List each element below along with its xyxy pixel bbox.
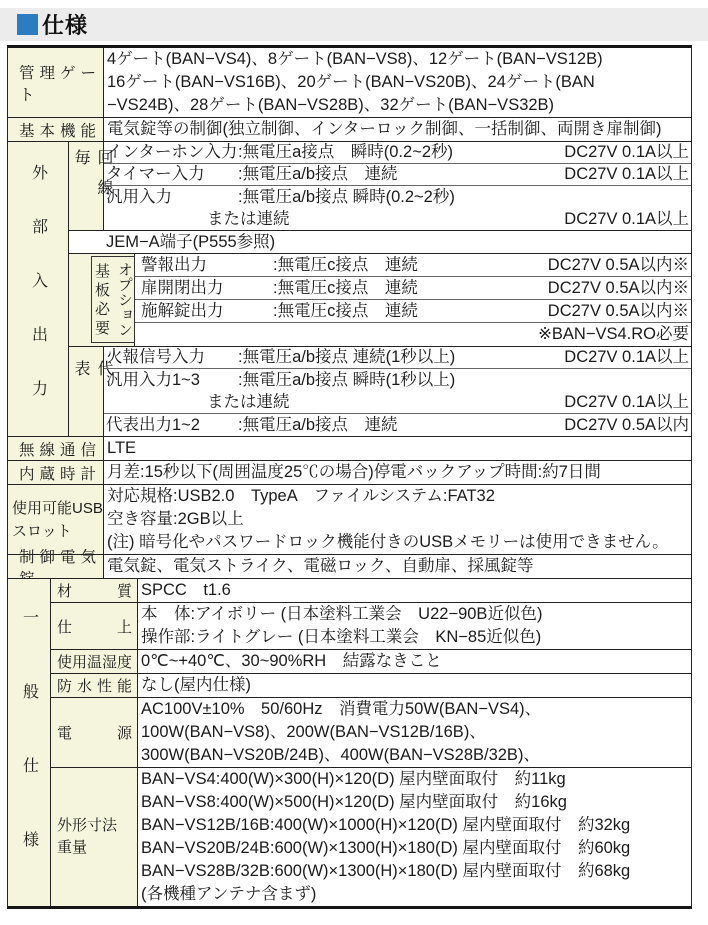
row-temp-humidity: 使用温湿度 0℃~+40℃、30~90%RH 結露なきこと (51, 650, 691, 674)
row-clock: 内蔵時計 月差:15秒以下(周囲温度25℃の場合)停電バックアップ時間:約7日間 (8, 461, 691, 485)
locks-value: 電気錠、電気ストライク、電磁ロック、自動扉、採風錠等 (104, 555, 691, 578)
general-spec-label-cell: 一般仕様 (8, 579, 51, 906)
row-gates: 管理ゲート 4ゲート(BAN−VS4)、8ゲート(BAN−VS8)、12ゲート(… (8, 48, 691, 118)
row-waterproof: 防水性能 なし(屋内仕様) (51, 674, 691, 698)
row-usb-slot: 使用可能USB スロット 対応規格:USB2.0 TypeA ファイルシステム:… (8, 485, 691, 555)
io-row: 汎用入力1~3:無電圧a/b接点 瞬時(1秒以上) または連続DC27V 0.1… (104, 369, 691, 414)
option-board-note-row: ※BAN−VS4.RO必要 (135, 323, 691, 346)
row-label-wireless: 無線通信 (8, 437, 104, 460)
usb-value: 対応規格:USB2.0 TypeA ファイルシステム:FAT32 空き容量:2G… (104, 485, 691, 554)
gates-value: 4ゲート(BAN−VS4)、8ゲート(BAN−VS8)、12ゲート(BAN−VS… (104, 48, 691, 117)
clock-value: 月差:15秒以下(周囲温度25℃の場合)停電バックアップ時間:約7日間 (104, 461, 691, 484)
group-per-circuit: 回線毎 インターホン入力:無電圧a接点 瞬時(0.2~2秒)DC27V 0.1A… (69, 142, 691, 231)
row-general-spec: 一般仕様 材質 SPCC t1.6 仕上 本 体:アイボリー (日本塗料工業会 … (8, 579, 691, 906)
row-basic-functions: 基本機能 電気錠等の制御(独立制御、インターロック制御、一括制御、両開き扉制御) (8, 118, 691, 142)
external-io-body: 回線毎 インターホン入力:無電圧a接点 瞬時(0.2~2秒)DC27V 0.1A… (69, 142, 691, 436)
row-material: 材質 SPCC t1.6 (51, 579, 691, 603)
per-circuit-label-cell: 回線毎 (69, 142, 104, 230)
io-row: 火報信号入力:無電圧a/b接点 連続(1秒以上)DC27V 0.1A以上 (104, 347, 691, 369)
spec-page: 仕様 管理ゲート 4ゲート(BAN−VS4)、8ゲート(BAN−VS8)、12ゲ… (0, 0, 708, 925)
row-power: 電源 AC100V±10% 50/60Hz 消費電力50W(BAN−VS4)、 … (51, 698, 691, 768)
option-board-label-box: 基板必要 オプション (91, 256, 135, 343)
row-label-basic: 基本機能 (8, 118, 104, 141)
io-row: 施解錠出力:無電圧c接点 連続DC27V 0.5A以内※ (135, 300, 691, 323)
io-row: 扉開閉出力:無電圧c接点 連続DC27V 0.5A以内※ (135, 277, 691, 300)
external-io-label-cell: 外部入出力 (8, 142, 69, 436)
option-board-label-cell: 基板必要 オプション (69, 254, 135, 346)
row-label-gates: 管理ゲート (8, 48, 104, 117)
row-finish: 仕上 本 体:アイボリー (日本塗料工業会 U22−90B近似色) 操作部:ライ… (51, 603, 691, 650)
wireless-value: LTE (104, 437, 691, 460)
row-controlled-locks: 制御電気錠 電気錠、電気ストライク、電磁ロック、自動扉、採風錠等 (8, 555, 691, 579)
blue-square-icon (17, 14, 38, 35)
io-row: タイマー入力:無電圧a/b接点 連続DC27V 0.1A以上 (104, 164, 691, 186)
io-row: インターホン入力:無電圧a接点 瞬時(0.2~2秒)DC27V 0.1A以上 (104, 142, 691, 164)
io-row: 警報出力:無電圧c接点 連続DC27V 0.5A以内※ (135, 254, 691, 277)
io-row: 汎用入力:無電圧a/b接点 瞬時(0.2~2秒) または連続DC27V 0.1A… (104, 186, 691, 230)
row-label-clock: 内蔵時計 (8, 461, 104, 484)
row-dimensions-weight: 外形寸法 重量 BAN−VS4:400(W)×300(H)×120(D) 屋内壁… (51, 768, 691, 906)
basic-value: 電気錠等の制御(独立制御、インターロック制御、一括制御、両開き扉制御) (104, 118, 691, 141)
group-option-board: 基板必要 オプション 警報出力:無電圧c接点 連続DC27V 0.5A以内※ 扉… (69, 254, 691, 347)
page-title: 仕様 (42, 9, 88, 40)
row-label-locks: 制御電気錠 (8, 555, 104, 578)
io-row: 代表出力1~2:無電圧a/b接点 連続DC27V 0.5A以内 (104, 414, 691, 436)
row-wireless: 無線通信 LTE (8, 437, 691, 461)
row-external-io: 外部入出力 回線毎 インターホン入力:無電圧a接点 瞬時(0.2~2秒)DC27… (8, 142, 691, 437)
section-header: 仕様 (0, 8, 708, 41)
group-representative: 代表 火報信号入力:無電圧a/b接点 連続(1秒以上)DC27V 0.1A以上 … (69, 347, 691, 436)
representative-label-cell: 代表 (69, 347, 104, 436)
spec-table: 管理ゲート 4ゲート(BAN−VS4)、8ゲート(BAN−VS8)、12ゲート(… (7, 45, 692, 909)
jem-terminal-row: JEM−A端子(P555参照) (69, 231, 691, 254)
